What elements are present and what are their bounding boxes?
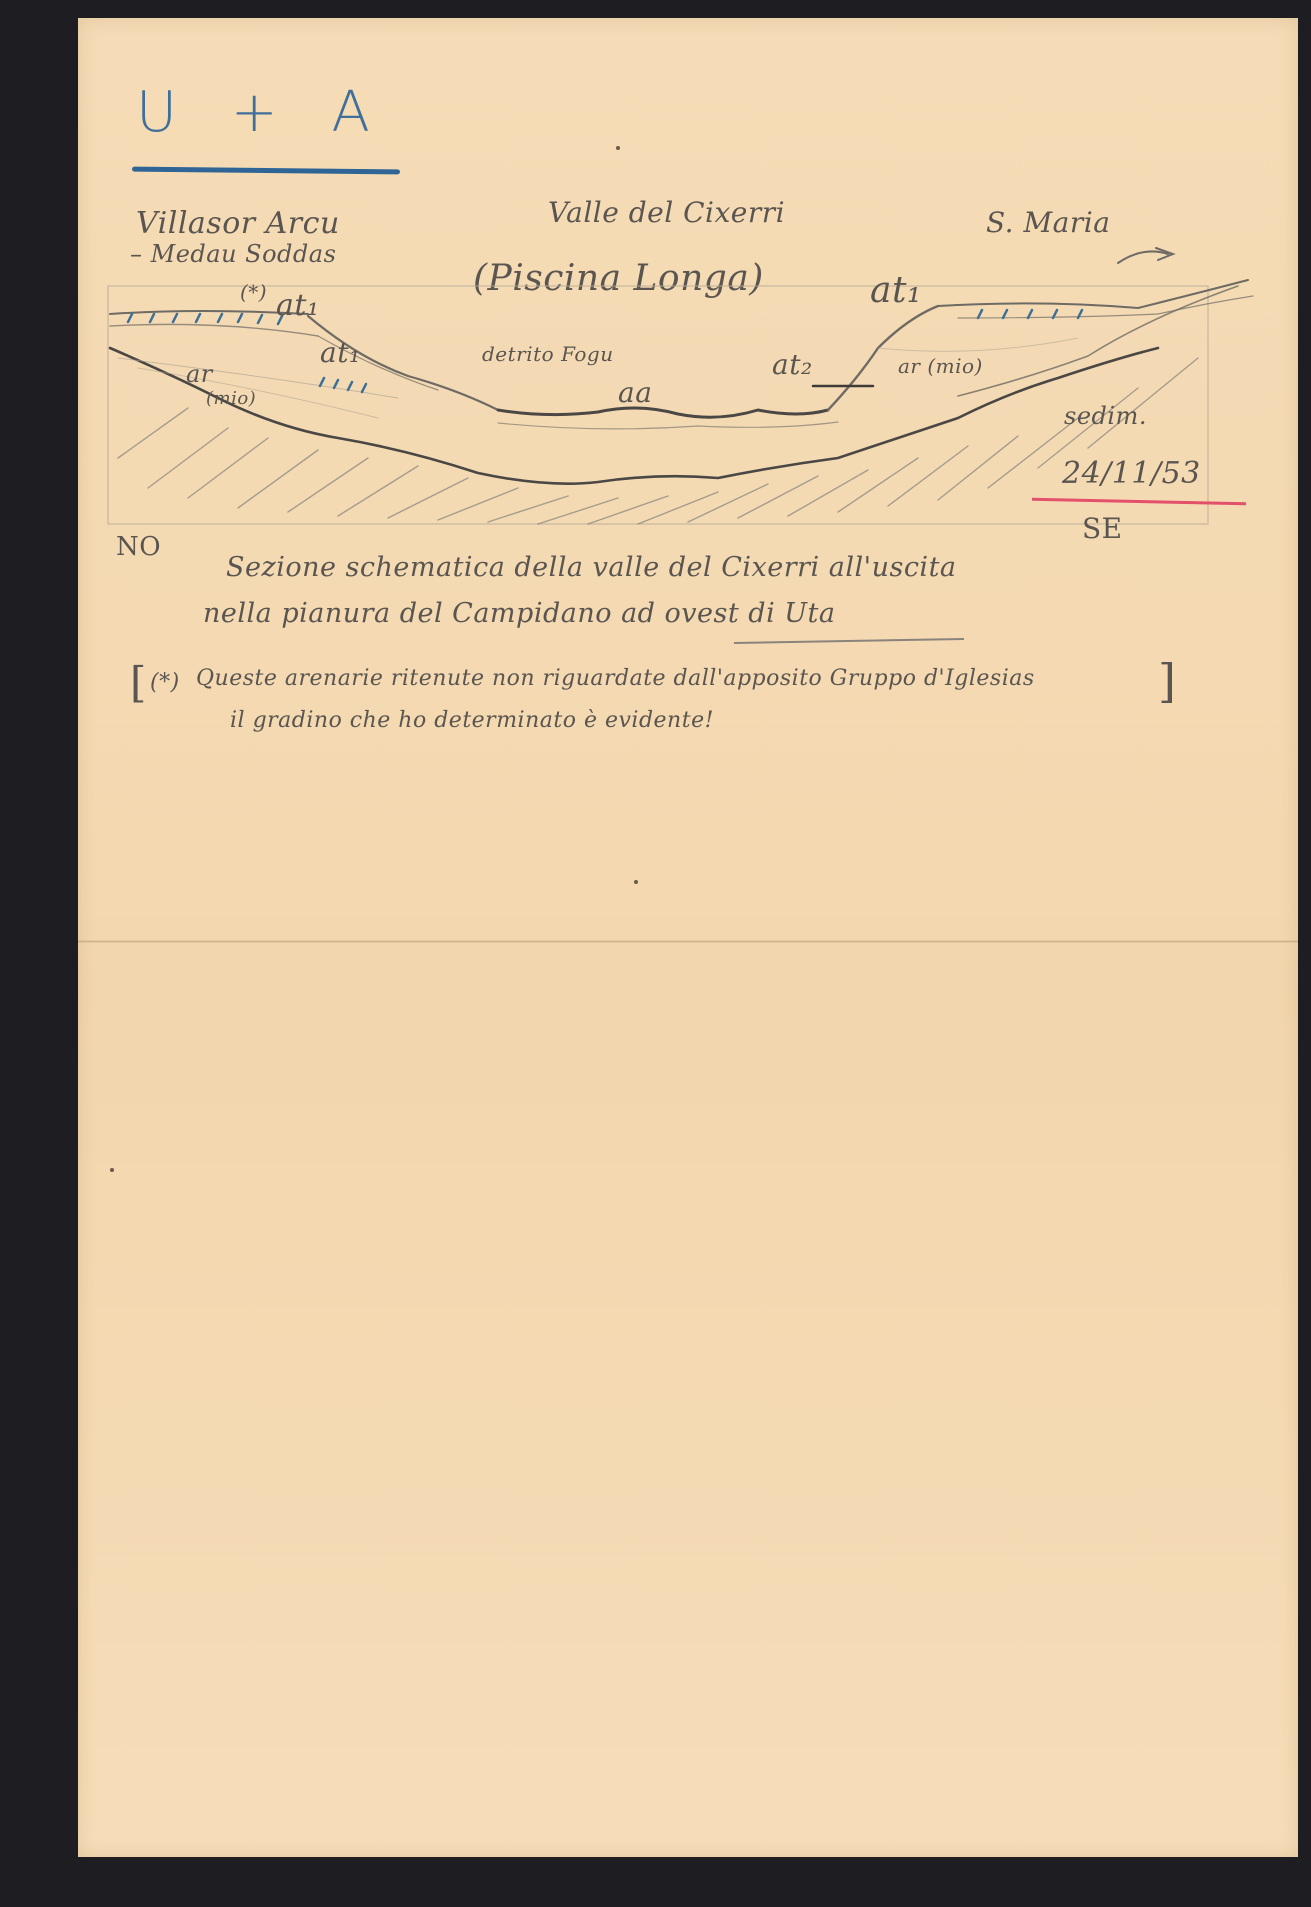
label-at1-left: at₁	[276, 288, 319, 323]
label-ar-left-sub: (mio)	[206, 388, 256, 409]
caption-underline	[734, 638, 964, 644]
paper-speck	[634, 880, 638, 884]
label-at1-mid: at₁	[320, 336, 361, 369]
footnote-bracket-close: ]	[1158, 654, 1176, 708]
orientation-west: NO	[116, 532, 161, 562]
label-at2: at₂	[772, 348, 813, 381]
notebook-page: U + A Villasor Arcu – Medau Soddas Valle…	[78, 18, 1298, 1857]
paper-speck	[616, 146, 620, 150]
page-fold-line	[78, 940, 1298, 943]
footnote-bracket-open: [	[130, 658, 147, 707]
asterisk-mark: (*)	[240, 280, 267, 304]
sketch-date: 24/11/53	[1062, 456, 1201, 491]
label-substrate: sedim.	[1064, 402, 1147, 430]
label-ar-right: ar (mio)	[898, 354, 983, 378]
footnote-line-2: il gradino che ho determinato è evidente…	[230, 708, 714, 733]
paper-speck	[110, 1168, 114, 1172]
footnote-mark: (*)	[150, 670, 180, 695]
footnote-line-1: Queste arenarie ritenute non riguardate …	[196, 666, 1035, 691]
orientation-east: SE	[1082, 512, 1123, 545]
label-aa: aa	[618, 376, 652, 409]
label-at1-right: at₁	[870, 270, 922, 311]
caption-line-1: Sezione schematica della valle del Cixer…	[226, 552, 957, 583]
label-ar-left: ar	[186, 360, 213, 388]
caption-line-2: nella pianura del Campidano ad ovest di …	[203, 598, 836, 629]
label-detrito: detrito Fogu	[482, 342, 614, 366]
